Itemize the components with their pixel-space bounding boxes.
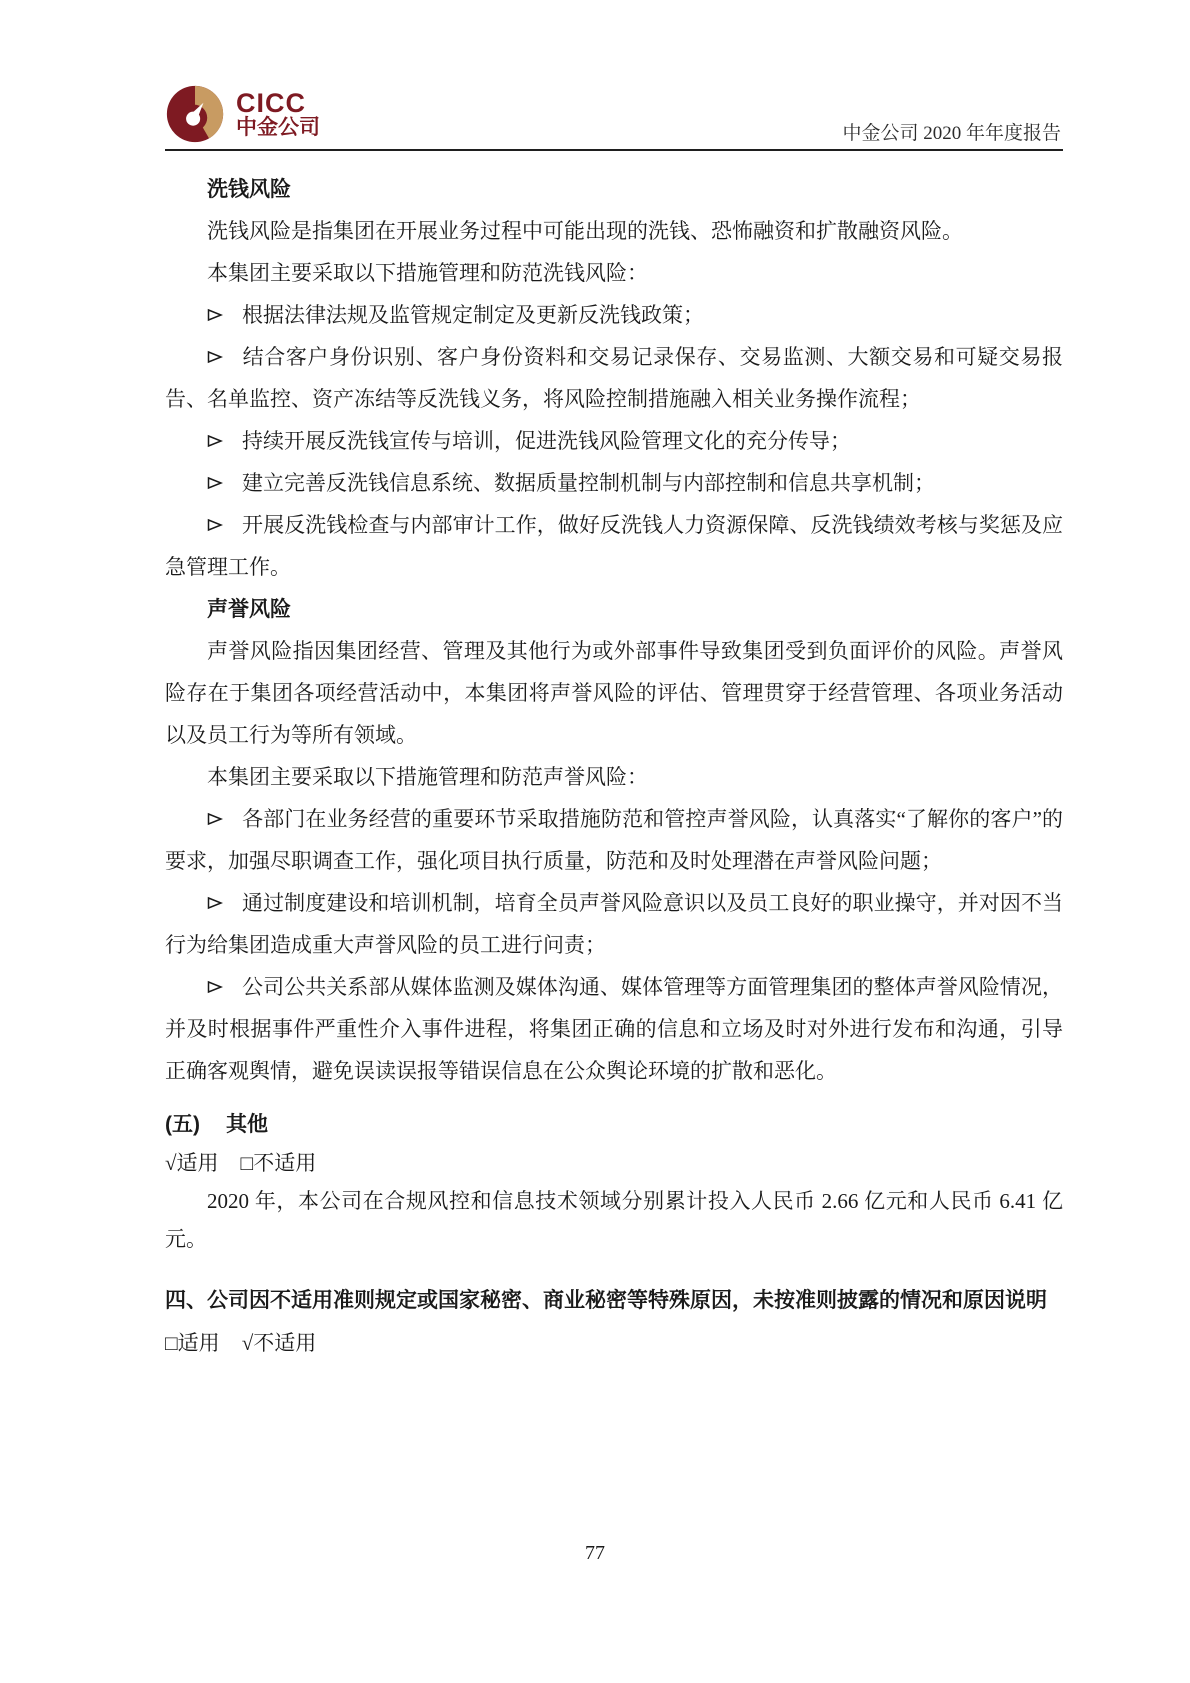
brand-name: 中金公司: [236, 117, 320, 139]
section-four-heading: 四、公司因不适用准则规定或国家秘密、商业秘密等特殊原因，未按准则披露的情况和原因…: [165, 1280, 1063, 1322]
bullet-text: 结合客户身份识别、客户身份资料和交易记录保存、交易监测、大额交易和可疑交易报告、…: [165, 345, 1063, 411]
other-section-number: (五): [165, 1113, 200, 1136]
section-four-applicability-line: □适用√不适用: [165, 1322, 1063, 1364]
bullet-text: 通过制度建设和培训机制，培育全员声誉风险意识以及员工良好的职业操守，并对因不当行…: [165, 891, 1063, 957]
arrowhead-bullet-icon: [207, 882, 225, 910]
bullet-text: 建立完善反洗钱信息系统、数据质量控制机制与内部控制和信息共享机制；: [242, 471, 935, 495]
arrowhead-bullet-icon: [207, 420, 225, 448]
other-heading-line: (五)其他: [165, 1106, 1063, 1144]
money-laundering-bullet: 根据法律法规及监管规定制定及更新反洗钱政策；: [165, 294, 1063, 336]
other-section-title: 其他: [226, 1113, 268, 1136]
page-content: 洗钱风险 洗钱风险是指集团在开展业务过程中可能出现的洗钱、恐怖融资和扩散融资风险…: [165, 168, 1063, 1364]
money-laundering-bullet: 结合客户身份识别、客户身份资料和交易记录保存、交易监测、大额交易和可疑交易报告、…: [165, 336, 1063, 420]
other-body: 2020 年，本公司在合规风控和信息技术领域分别累计投入人民币 2.66 亿元和…: [165, 1182, 1063, 1258]
money-laundering-measures-lead: 本集团主要采取以下措施管理和防范洗钱风险：: [165, 252, 1063, 294]
bullet-text: 持续开展反洗钱宣传与培训，促进洗钱风险管理文化的充分传导；: [242, 429, 851, 453]
reputation-bullet: 各部门在业务经营的重要环节采取措施防范和管控声誉风险，认真落实“了解你的客户”的…: [165, 798, 1063, 882]
reputation-heading: 声誉风险: [165, 588, 1063, 630]
arrowhead-bullet-icon: [207, 294, 225, 322]
arrowhead-bullet-icon: [207, 966, 225, 994]
money-laundering-intro: 洗钱风险是指集团在开展业务过程中可能出现的洗钱、恐怖融资和扩散融资风险。: [165, 210, 1063, 252]
arrowhead-bullet-icon: [207, 336, 225, 364]
applicable-unchecked-label: □适用: [165, 1322, 220, 1364]
reputation-measures-lead: 本集团主要采取以下措施管理和防范声誉风险：: [165, 756, 1063, 798]
cicc-logo-text: CICC 中金公司: [236, 89, 320, 139]
page-number: 77: [0, 1542, 1190, 1565]
brand-acronym: CICC: [236, 89, 320, 117]
money-laundering-heading: 洗钱风险: [165, 168, 1063, 210]
cicc-logo-icon: [165, 84, 225, 144]
other-section: (五)其他 √适用□不适用 2020 年，本公司在合规风控和信息技术领域分别累计…: [165, 1106, 1063, 1258]
bullet-text: 各部门在业务经营的重要环节采取措施防范和管控声誉风险，认真落实“了解你的客户”的…: [165, 807, 1063, 873]
money-laundering-bullet: 建立完善反洗钱信息系统、数据质量控制机制与内部控制和信息共享机制；: [165, 462, 1063, 504]
money-laundering-bullet: 开展反洗钱检查与内部审计工作，做好反洗钱人力资源保障、反洗钱绩效考核与奖惩及应急…: [165, 504, 1063, 588]
arrowhead-bullet-icon: [207, 798, 225, 826]
money-laundering-bullet: 持续开展反洗钱宣传与培训，促进洗钱风险管理文化的充分传导；: [165, 420, 1063, 462]
report-title: 中金公司 2020 年年度报告: [842, 118, 1061, 145]
arrowhead-bullet-icon: [207, 504, 225, 532]
reputation-bullet: 通过制度建设和培训机制，培育全员声誉风险意识以及员工良好的职业操守，并对因不当行…: [165, 882, 1063, 966]
page-header: CICC 中金公司 中金公司 2020 年年度报告: [165, 84, 1063, 151]
not-applicable-unchecked-label: □不适用: [241, 1144, 317, 1182]
reputation-intro: 声誉风险指因集团经营、管理及其他行为或外部事件导致集团受到负面评价的风险。声誉风…: [165, 630, 1063, 756]
cicc-logo: CICC 中金公司: [165, 84, 320, 144]
not-applicable-checked-label: √不适用: [242, 1322, 317, 1364]
bullet-text: 根据法律法规及监管规定制定及更新反洗钱政策；: [242, 303, 704, 327]
bullet-text: 开展反洗钱检查与内部审计工作，做好反洗钱人力资源保障、反洗钱绩效考核与奖惩及应急…: [165, 513, 1063, 579]
other-applicability-line: √适用□不适用: [165, 1144, 1063, 1182]
applicable-checked-label: √适用: [165, 1144, 219, 1182]
report-page: CICC 中金公司 中金公司 2020 年年度报告 洗钱风险 洗钱风险是指集团在…: [0, 0, 1190, 1683]
arrowhead-bullet-icon: [207, 462, 225, 490]
bullet-text: 公司公共关系部从媒体监测及媒体沟通、媒体管理等方面管理集团的整体声誉风险情况，并…: [165, 975, 1063, 1083]
reputation-bullet: 公司公共关系部从媒体监测及媒体沟通、媒体管理等方面管理集团的整体声誉风险情况，并…: [165, 966, 1063, 1092]
